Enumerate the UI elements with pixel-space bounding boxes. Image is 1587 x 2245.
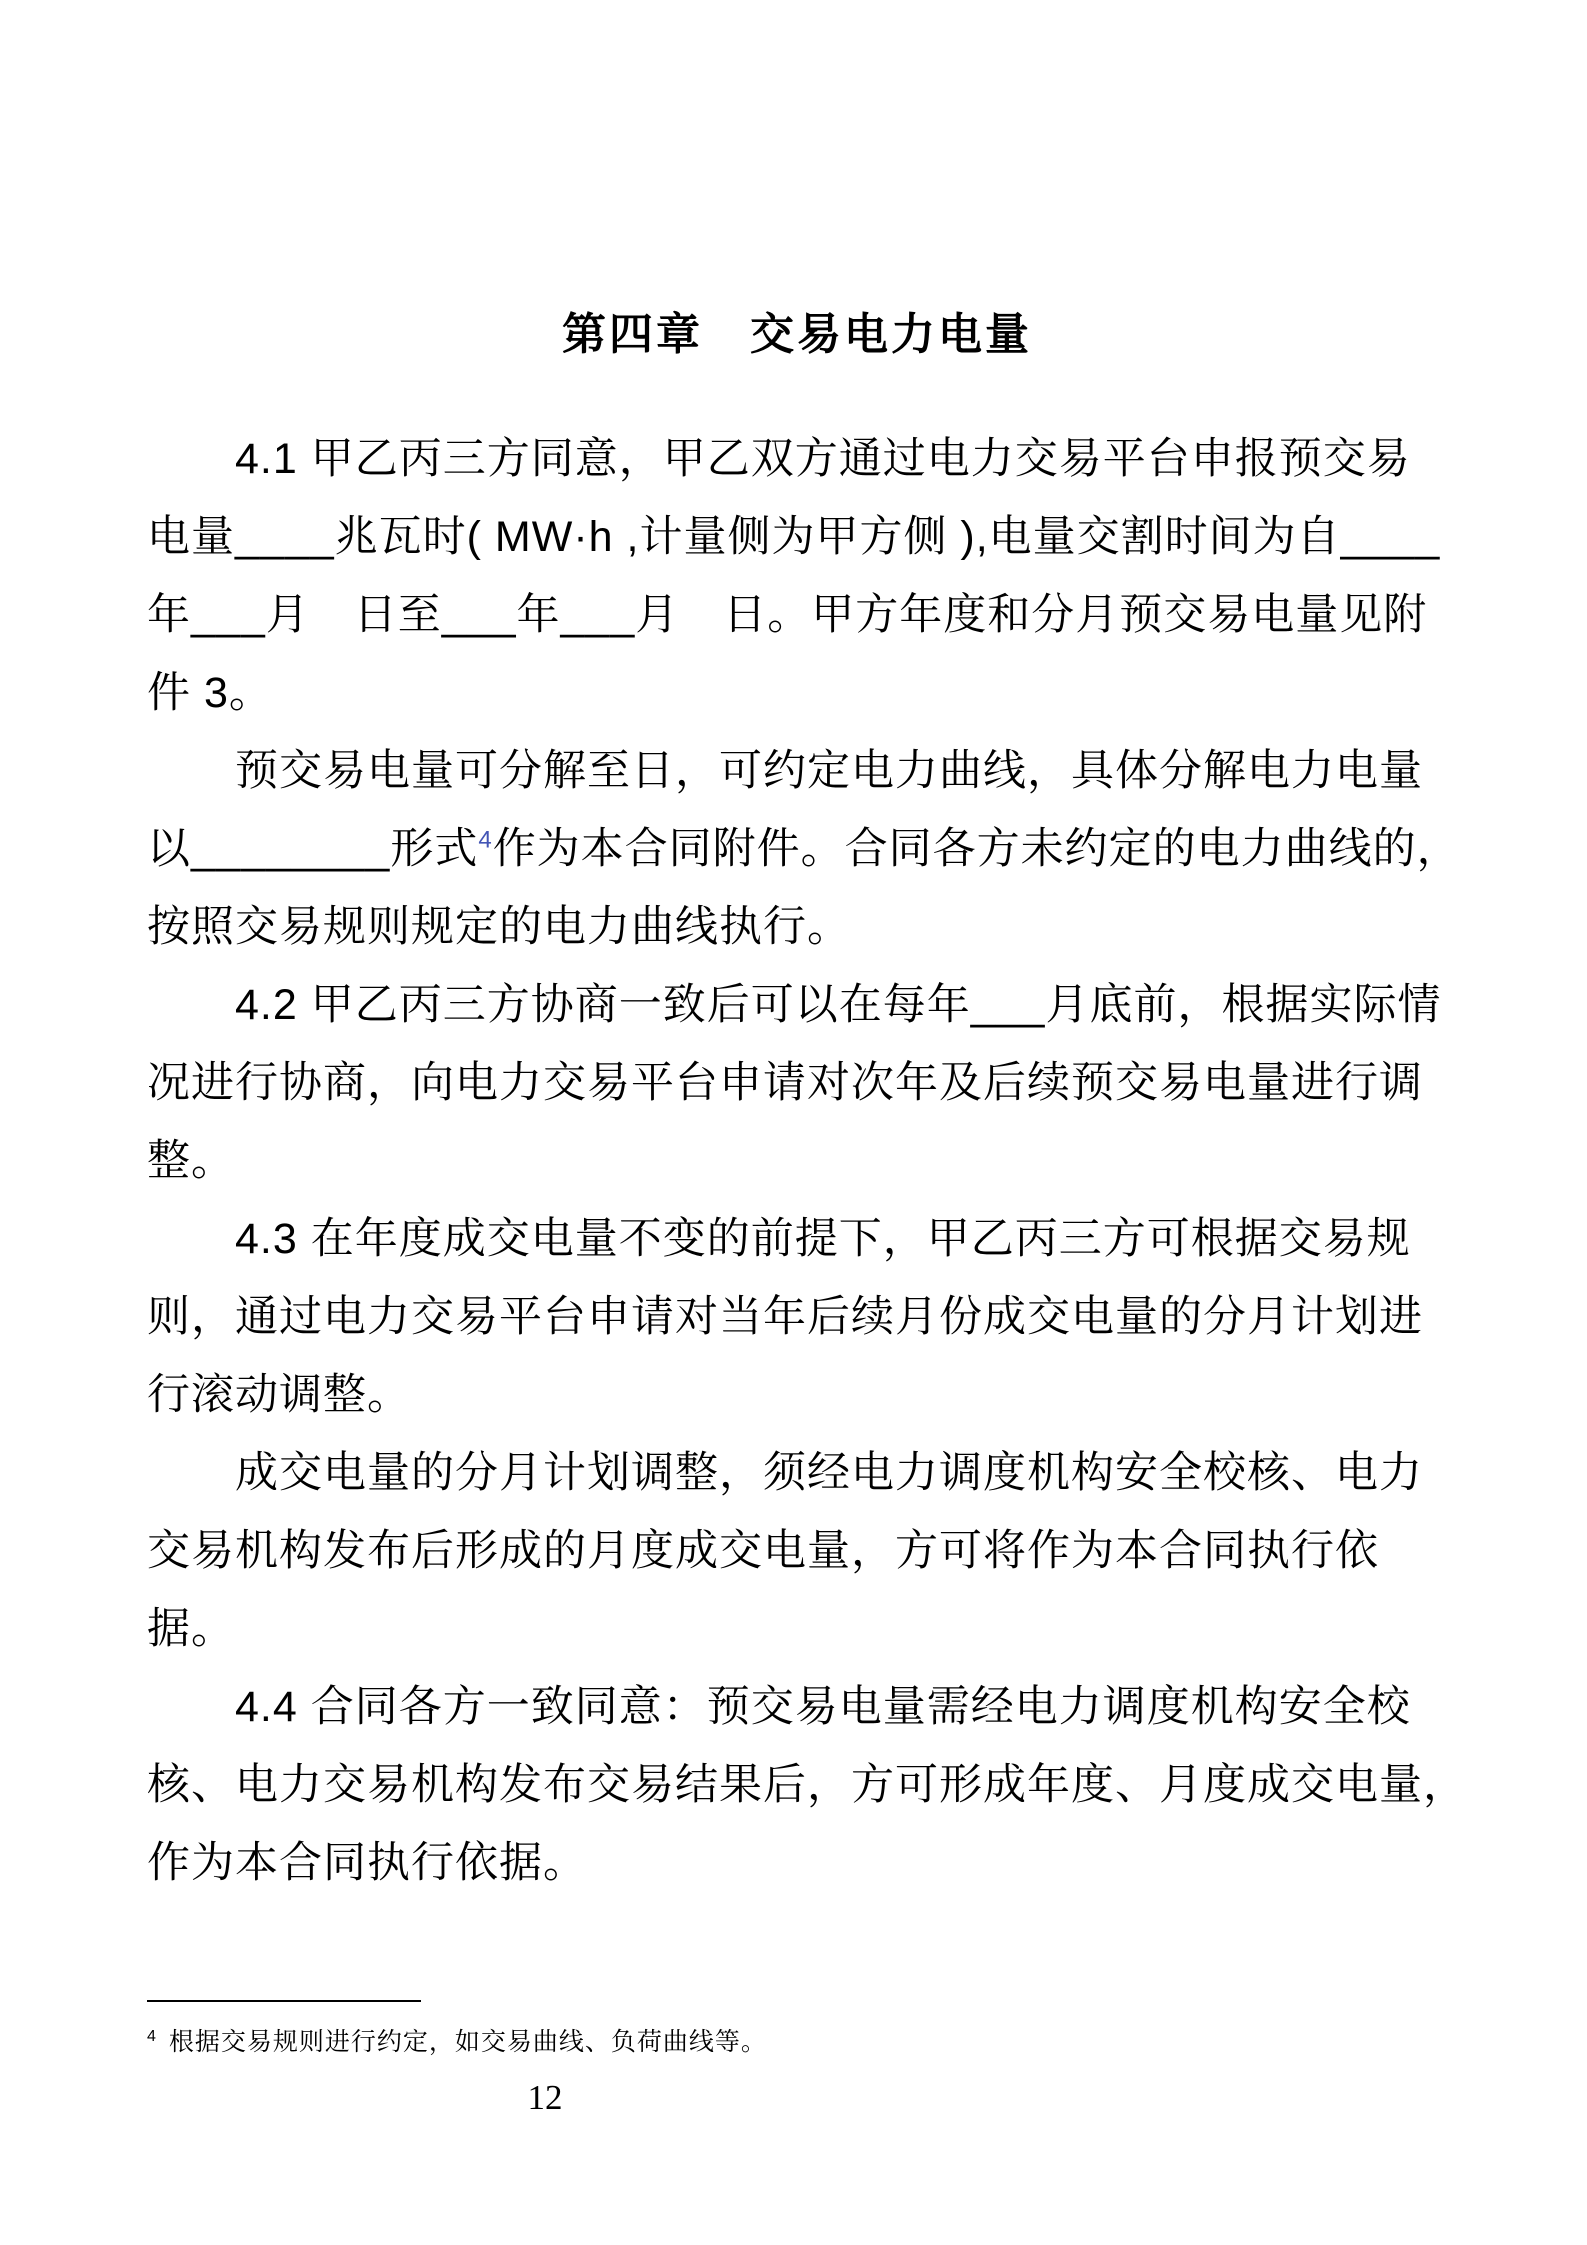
body-line: 据。: [147, 1590, 1447, 1668]
body-text-segment: 作为本合同附件。合同各方未约定的电力曲线的，: [493, 825, 1461, 873]
footnote-separator: [147, 2000, 421, 2002]
body-line: 电量____兆瓦时( MW·h ,计量侧为甲方侧 ),电量交割时间为自____: [147, 498, 1447, 576]
body-line: 交易机构发布后形成的月度成交电量，方可将作为本合同执行依: [147, 1512, 1447, 1590]
body-line: 核、电力交易机构发布交易结果后，方可形成年度、月度成交电量，: [147, 1746, 1447, 1824]
body-line: 4.1 甲乙丙三方同意，甲乙双方通过电力交易平台申报预交易: [147, 420, 1447, 498]
body-line: 按照交易规则规定的电力曲线执行。: [147, 888, 1447, 966]
body-line: 4.2 甲乙丙三方协商一致后可以在每年___月底前，根据实际情: [147, 966, 1447, 1044]
body-line: 预交易电量可分解至日，可约定电力曲线，具体分解电力电量: [147, 732, 1447, 810]
body-line: 4.3 在年度成交电量不变的前提下，甲乙丙三方可根据交易规: [147, 1200, 1447, 1278]
footnote-marker: 4: [147, 2028, 157, 2045]
body-line: 则，通过电力交易平台申请对当年后续月份成交电量的分月计划进: [147, 1278, 1447, 1356]
body-line: 4.4 合同各方一致同意：预交易电量需经电力调度机构安全校: [147, 1668, 1447, 1746]
document-page: 第四章 交易电力电量 4.1 甲乙丙三方同意，甲乙双方通过电力交易平台申报预交易…: [0, 0, 1587, 2245]
body-line: 整。: [147, 1122, 1447, 1200]
document-body: 4.1 甲乙丙三方同意，甲乙双方通过电力交易平台申报预交易电量____兆瓦时( …: [147, 420, 1447, 1902]
chapter-title: 第四章 交易电力电量: [147, 298, 1447, 362]
footnote: 4根据交易规则进行约定，如交易曲线、负荷曲线等。: [147, 2022, 1447, 2058]
footnote-reference: 4: [478, 827, 492, 854]
body-text-segment: 以________形式: [147, 825, 478, 873]
footnote-text: 根据交易规则进行约定，如交易曲线、负荷曲线等。: [169, 2028, 767, 2056]
body-line: 件 3。: [147, 654, 1447, 732]
body-line: 以________形式4作为本合同附件。合同各方未约定的电力曲线的，: [147, 810, 1447, 888]
body-line: 年___月 日至___年___月 日。甲方年度和分月预交易电量见附: [147, 576, 1447, 654]
page-number: 12: [445, 2078, 645, 2118]
body-line: 作为本合同执行依据。: [147, 1824, 1447, 1902]
body-line: 成交电量的分月计划调整，须经电力调度机构安全校核、电力: [147, 1434, 1447, 1512]
body-line: 行滚动调整。: [147, 1356, 1447, 1434]
body-line: 况进行协商，向电力交易平台申请对次年及后续预交易电量进行调: [147, 1044, 1447, 1122]
